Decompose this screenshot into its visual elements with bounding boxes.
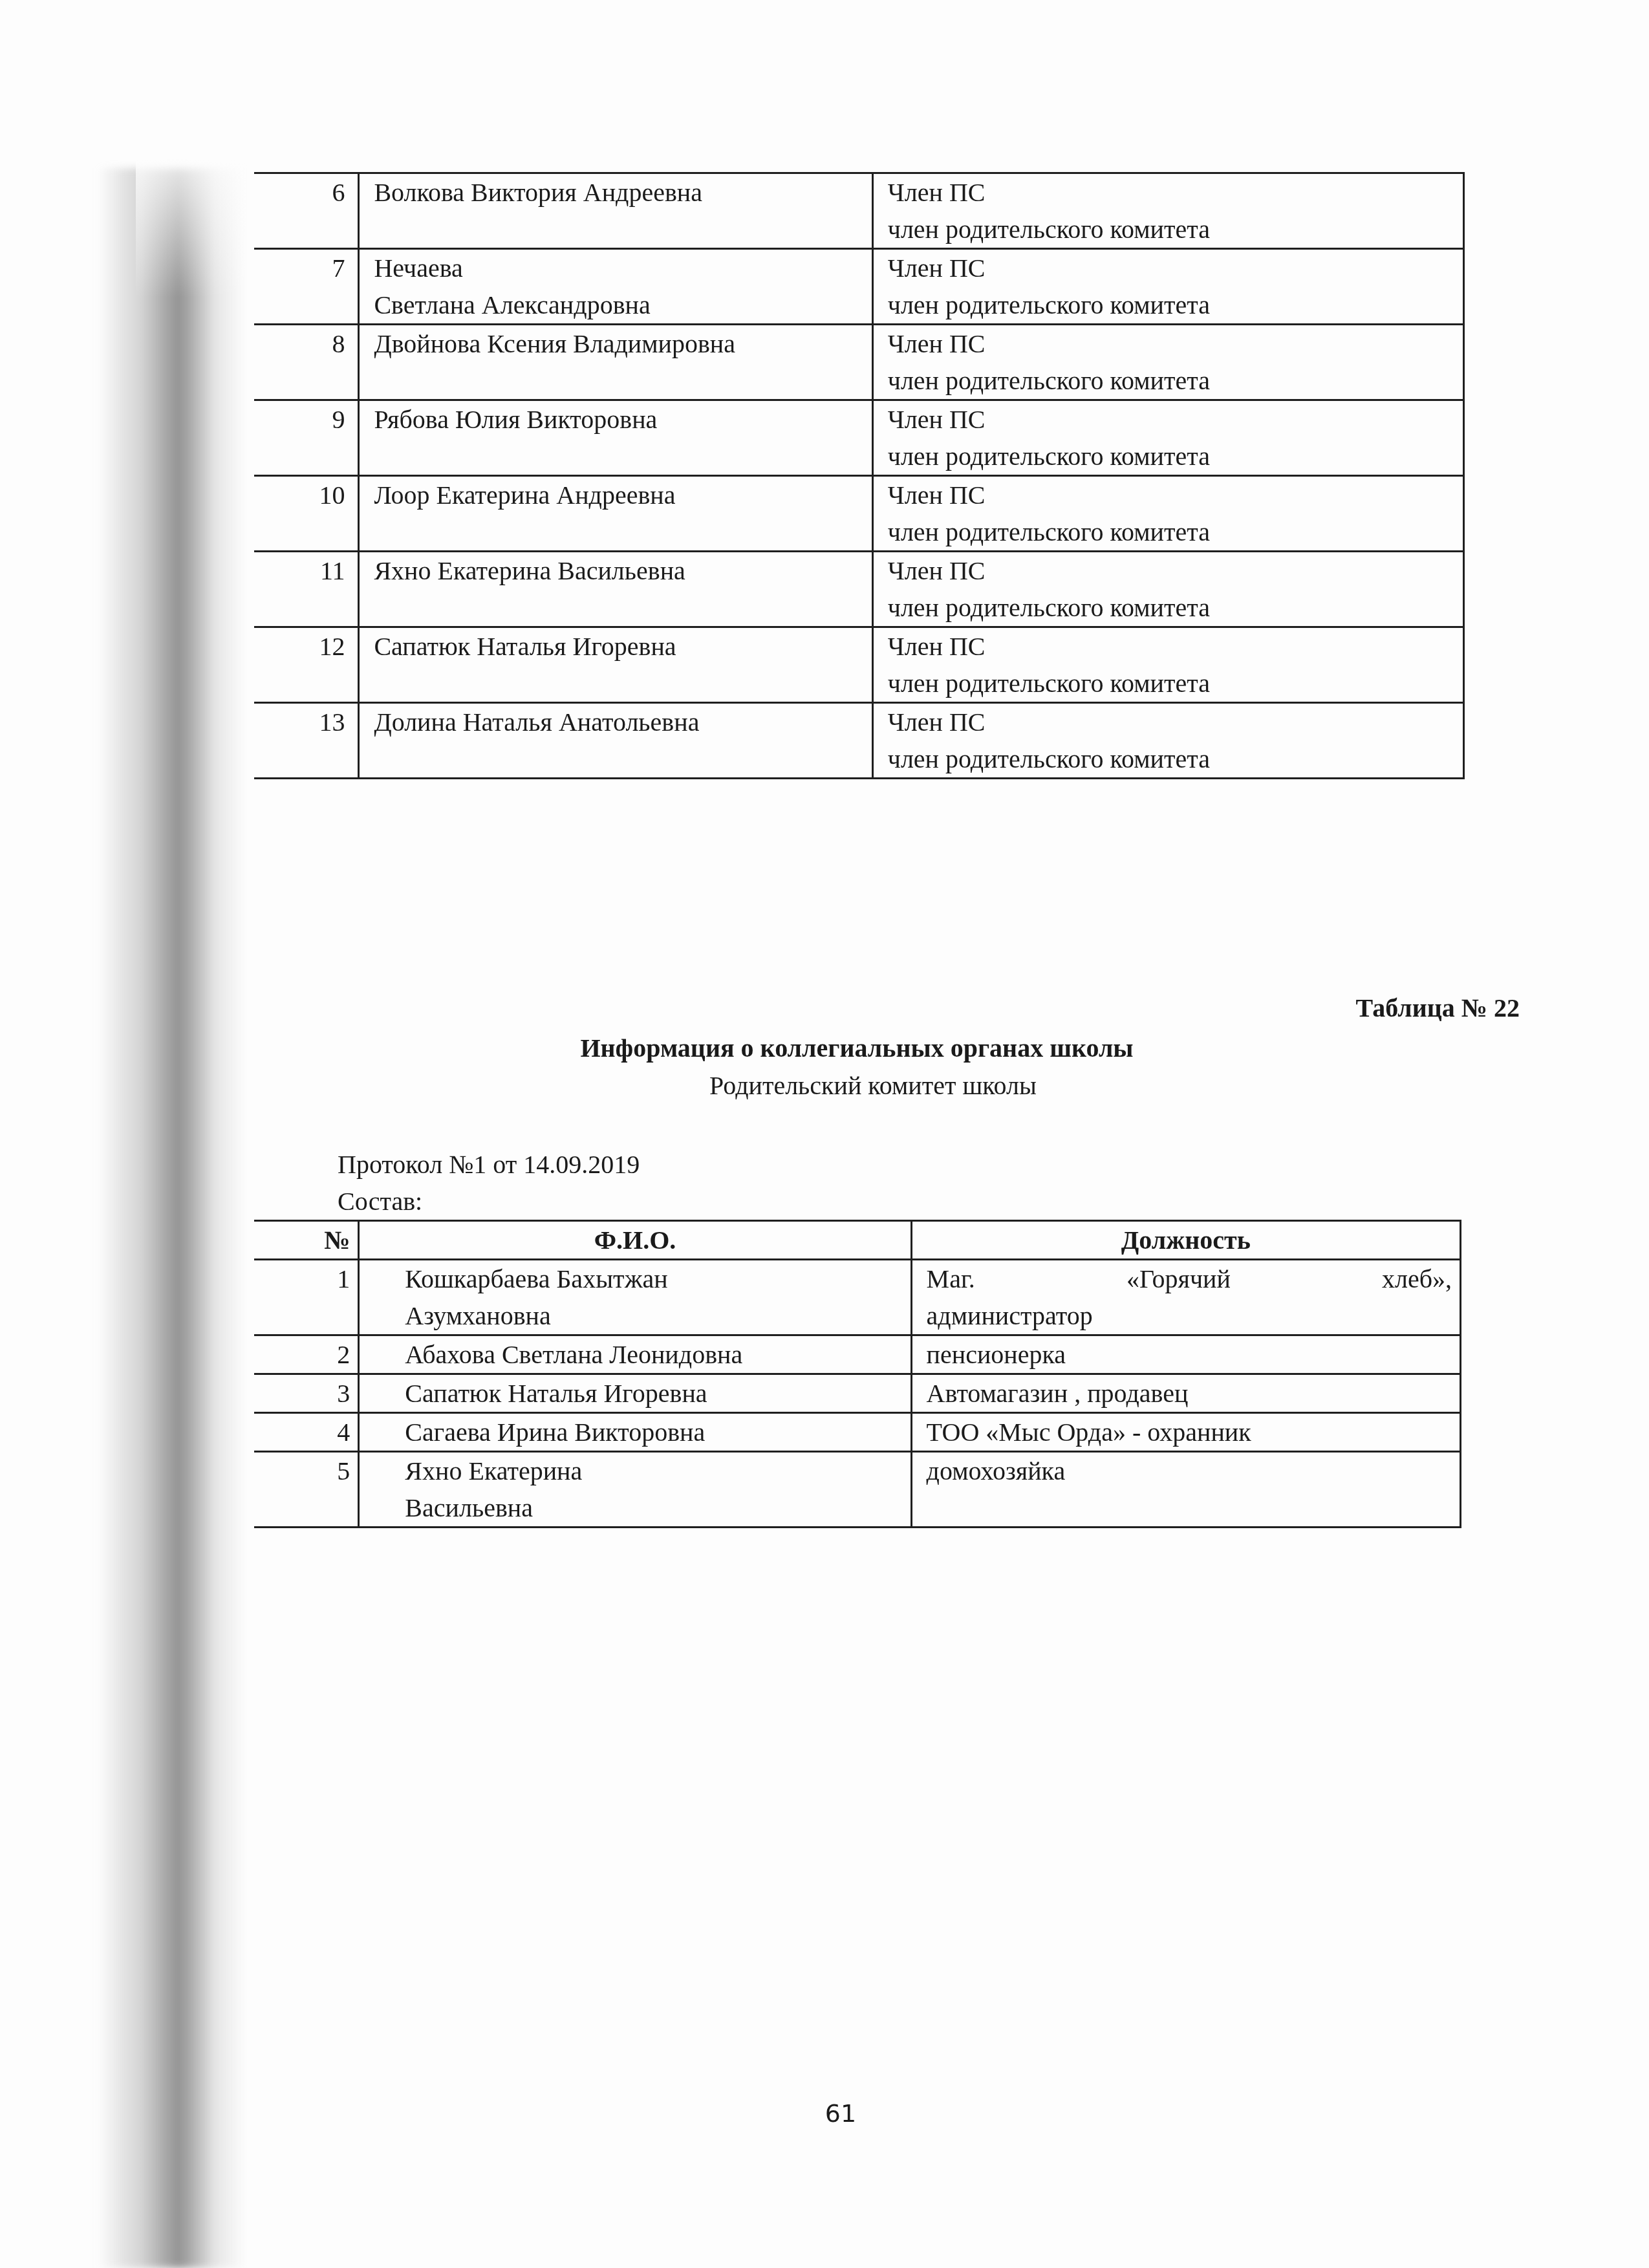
cell-line: Член ПС [888, 628, 1455, 665]
table-row: 2Абахова Светлана Леонидовнапенсионерка [254, 1335, 1461, 1374]
position: Маг.«Горячийхлеб»,администратор [911, 1260, 1460, 1335]
cell-line: член родительского комитета [888, 740, 1455, 777]
cell-line: член родительского комитета [888, 589, 1455, 626]
cell-line: домохозяйка [927, 1453, 1452, 1489]
cell-line: Кошкарбаева Бахытжан [405, 1260, 902, 1297]
table-row: 4Сагаева Ирина ВикторовнаТОО «Мыс Орда» … [254, 1413, 1461, 1452]
position: Автомагазин , продавец [911, 1374, 1460, 1413]
binding-fade [136, 129, 246, 297]
table-row: 6Волкова Виктория АндреевнаЧлен ПСчлен р… [254, 173, 1464, 249]
protocol-line: Протокол №1 от 14.09.2019 [338, 1146, 640, 1183]
page-number: 61 [0, 2099, 1649, 2128]
row-number: 9 [254, 400, 359, 476]
cell-line: Волкова Виктория Андреевна [374, 174, 863, 211]
cell-line: пенсионерка [927, 1336, 1452, 1373]
cell-line: 2 [262, 1336, 350, 1373]
full-name: Лоор Екатерина Андреевна [359, 476, 872, 552]
cell-line: 4 [262, 1414, 350, 1451]
cell-line: Автомагазин , продавец [927, 1375, 1452, 1412]
members-table-body: 6Волкова Виктория АндреевнаЧлен ПСчлен р… [254, 173, 1464, 779]
composition-label: Состав: [338, 1183, 640, 1220]
committee-header-row: № Ф.И.О. Должность [254, 1221, 1461, 1260]
position: Член ПСчлен родительского комитета [872, 400, 1463, 476]
row-number: 1 [254, 1260, 359, 1335]
header-position: Должность [911, 1221, 1460, 1260]
table-row: 11Яхно Екатерина ВасильевнаЧлен ПСчлен р… [254, 552, 1464, 627]
position: Член ПСчлен родительского комитета [872, 325, 1463, 400]
full-name: Сапатюк Наталья Игоревна [359, 1374, 911, 1413]
cell-line: Член ПС [888, 174, 1455, 211]
cell-line: 10 [262, 477, 345, 513]
table-row: 8Двойнова Ксения ВладимировнаЧлен ПСчлен… [254, 325, 1464, 400]
cell-line: Лоор Екатерина Андреевна [374, 477, 863, 513]
row-number: 12 [254, 627, 359, 703]
row-number: 7 [254, 249, 359, 325]
row-number: 10 [254, 476, 359, 552]
position: пенсионерка [911, 1335, 1460, 1374]
table-row: 5Яхно ЕкатеринаВасильевнадомохозяйка [254, 1452, 1461, 1528]
full-name: НечаеваСветлана Александровна [359, 249, 872, 325]
table-row: 10Лоор Екатерина АндреевнаЧлен ПСчлен ро… [254, 476, 1464, 552]
table-label: Таблица № 22 [1356, 993, 1520, 1023]
table-row: 13Долина Наталья АнатольевнаЧлен ПСчлен … [254, 703, 1464, 779]
cell-line: Член ПС [888, 552, 1455, 589]
full-name: Рябова Юлия Викторовна [359, 400, 872, 476]
word: хлеб», [1382, 1260, 1452, 1297]
row-number: 5 [254, 1452, 359, 1528]
position: Член ПСчлен родительского комитета [872, 627, 1463, 703]
word: Маг. [927, 1260, 975, 1297]
position: Член ПСчлен родительского комитета [872, 173, 1463, 249]
cell-line: Двойнова Ксения Владимировна [374, 325, 863, 362]
cell-line: Член ПС [888, 401, 1455, 438]
full-name: Двойнова Ксения Владимировна [359, 325, 872, 400]
position: ТОО «Мыс Орда» - охранник [911, 1413, 1460, 1452]
row-number: 6 [254, 173, 359, 249]
cell-line: член родительского комитета [888, 665, 1455, 702]
full-name: Сапатюк Наталья Игоревна [359, 627, 872, 703]
cell-line: член родительского комитета [888, 286, 1455, 323]
cell-line: Долина Наталья Анатольевна [374, 704, 863, 740]
cell-line: 12 [262, 628, 345, 665]
cell-line: Член ПС [888, 250, 1455, 286]
header-num: № [254, 1221, 359, 1260]
row-number: 13 [254, 703, 359, 779]
cell-line: 7 [262, 250, 345, 286]
cell-line: Член ПС [888, 704, 1455, 740]
full-name: Яхно ЕкатеринаВасильевна [359, 1452, 911, 1528]
cell-line: Член ПС [888, 325, 1455, 362]
position: Член ПСчлен родительского комитета [872, 476, 1463, 552]
table-row: 12Сапатюк Наталья ИгоревнаЧлен ПСчлен ро… [254, 627, 1464, 703]
full-name: Долина Наталья Анатольевна [359, 703, 872, 779]
table-row: 3Сапатюк Наталья ИгоревнаАвтомагазин , п… [254, 1374, 1461, 1413]
cell-line: Сапатюк Наталья Игоревна [405, 1375, 902, 1412]
cell-line: Яхно Екатерина [405, 1453, 902, 1489]
members-table: 6Волкова Виктория АндреевнаЧлен ПСчлен р… [254, 172, 1465, 779]
full-name: Волкова Виктория Андреевна [359, 173, 872, 249]
cell-line: 11 [262, 552, 345, 589]
binding-shadow [97, 168, 246, 2268]
cell-line: ТОО «Мыс Орда» - охранник [927, 1414, 1452, 1451]
table-row: 1Кошкарбаева БахытжанАзумхановнаМаг.«Гор… [254, 1260, 1461, 1335]
full-name: Абахова Светлана Леонидовна [359, 1335, 911, 1374]
cell-line: Рябова Юлия Викторовна [374, 401, 863, 438]
cell-line: 13 [262, 704, 345, 740]
table-row: 9Рябова Юлия ВикторовнаЧлен ПСчлен родит… [254, 400, 1464, 476]
word: «Горячий [1126, 1260, 1231, 1297]
row-number: 2 [254, 1335, 359, 1374]
cell-line: 8 [262, 325, 345, 362]
section-subtitle: Родительский комитет школы [0, 1070, 1649, 1101]
cell-line: Абахова Светлана Леонидовна [405, 1336, 902, 1373]
cell-line: администратор [927, 1297, 1452, 1334]
cell-line: Сагаева Ирина Викторовна [405, 1414, 902, 1451]
cell-line: Азумхановна [405, 1297, 902, 1334]
cell-line: 5 [262, 1453, 350, 1489]
cell-line: 1 [262, 1260, 350, 1297]
cell-line: Нечаева [374, 250, 863, 286]
section-title: Информация о коллегиальных органах школы [0, 1033, 1649, 1063]
cell-line: Член ПС [888, 477, 1455, 513]
cell-line: член родительского комитета [888, 438, 1455, 475]
position: Член ПСчлен родительского комитета [872, 703, 1463, 779]
cell-line: 9 [262, 401, 345, 438]
row-number: 4 [254, 1413, 359, 1452]
full-name: Кошкарбаева БахытжанАзумхановна [359, 1260, 911, 1335]
position: Член ПСчлен родительского комитета [872, 249, 1463, 325]
full-name: Яхно Екатерина Васильевна [359, 552, 872, 627]
cell-line: Яхно Екатерина Васильевна [374, 552, 863, 589]
committee-table-body: 1Кошкарбаева БахытжанАзумхановнаМаг.«Гор… [254, 1260, 1461, 1528]
table-row: 7НечаеваСветлана АлександровнаЧлен ПСчле… [254, 249, 1464, 325]
cell-line: член родительского комитета [888, 211, 1455, 248]
position: домохозяйка [911, 1452, 1460, 1528]
protocol-block: Протокол №1 от 14.09.2019 Состав: [338, 1146, 640, 1220]
cell-line: Сапатюк Наталья Игоревна [374, 628, 863, 665]
cell-line: член родительского комитета [888, 513, 1455, 550]
row-number: 3 [254, 1374, 359, 1413]
cell-line: Светлана Александровна [374, 286, 863, 323]
cell-line: 6 [262, 174, 345, 211]
committee-table: № Ф.И.О. Должность 1Кошкарбаева Бахытжан… [254, 1220, 1461, 1528]
justified-line: Маг.«Горячийхлеб», [927, 1260, 1452, 1297]
row-number: 8 [254, 325, 359, 400]
full-name: Сагаева Ирина Викторовна [359, 1413, 911, 1452]
header-fio: Ф.И.О. [359, 1221, 911, 1260]
cell-line: Васильевна [405, 1489, 902, 1526]
cell-line: член родительского комитета [888, 362, 1455, 399]
cell-line: 3 [262, 1375, 350, 1412]
position: Член ПСчлен родительского комитета [872, 552, 1463, 627]
row-number: 11 [254, 552, 359, 627]
